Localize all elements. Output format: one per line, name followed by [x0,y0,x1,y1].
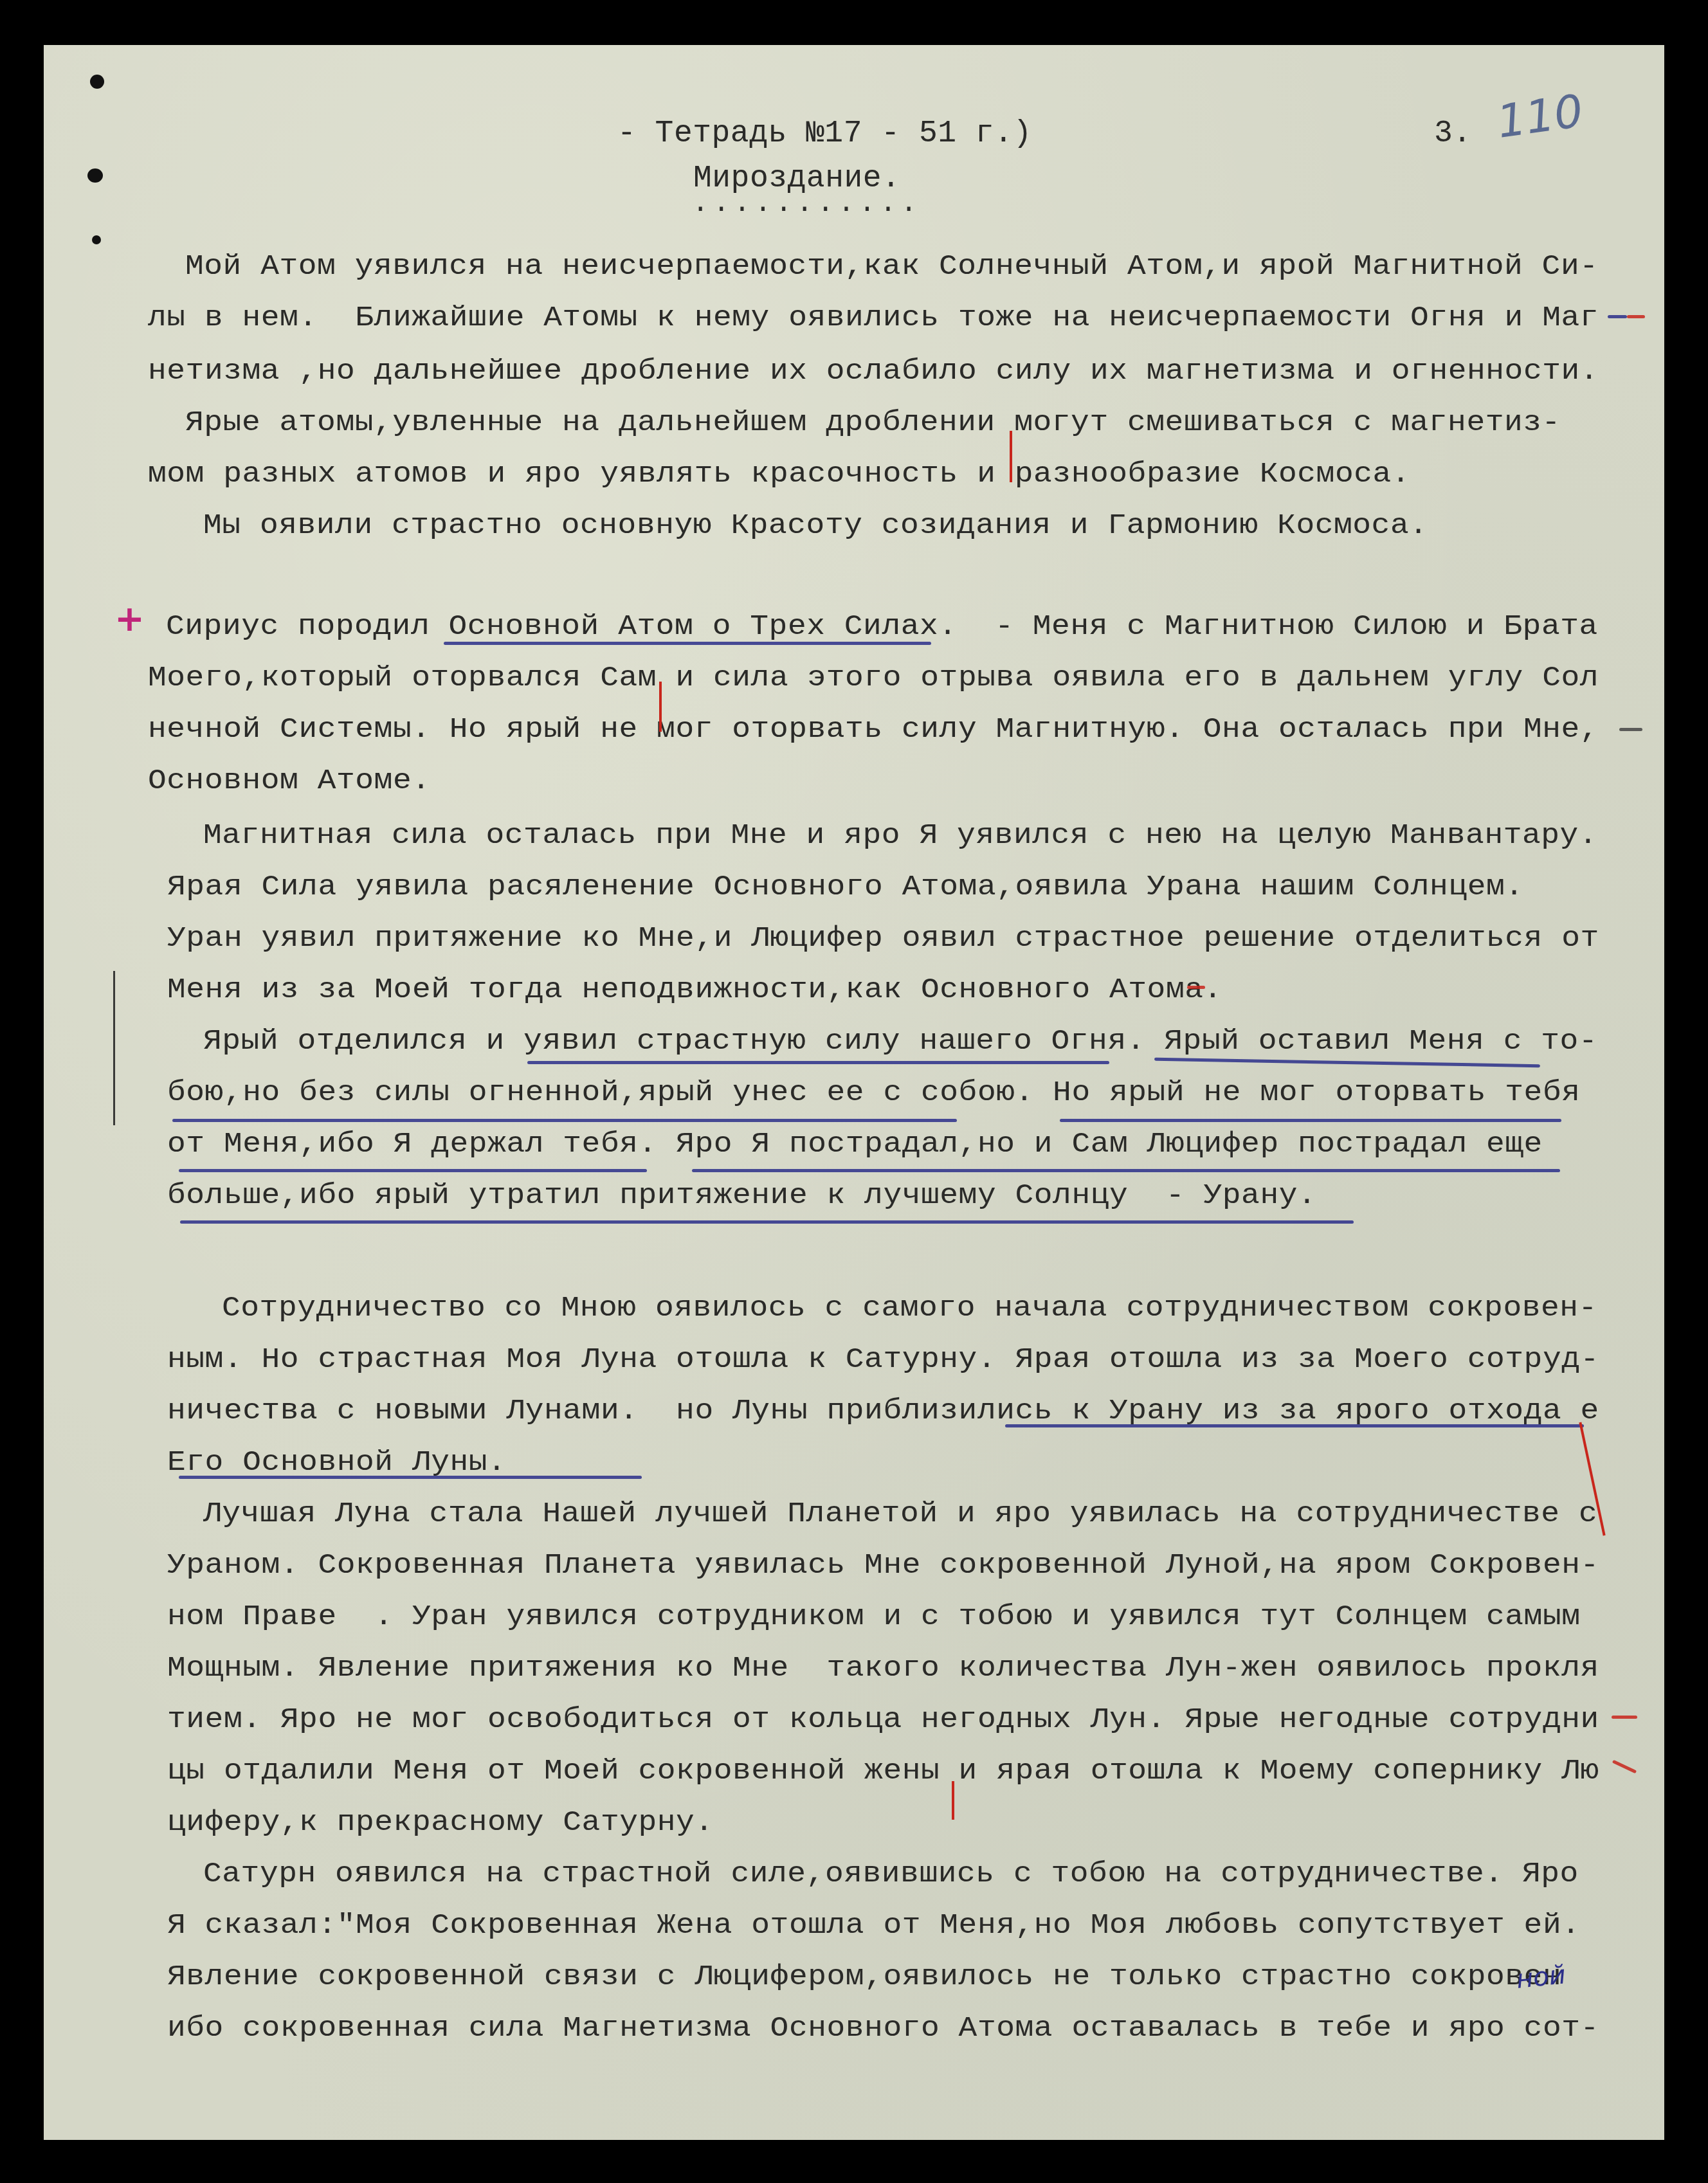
red-insert-mark [1010,431,1012,482]
folio-number: 110 [1494,84,1586,149]
red-insert-mark [952,1781,954,1820]
blue-margin-dash [1619,728,1642,731]
text-line: Мой Атом уявился на неисчерпаемости,как … [185,249,1599,285]
blue-underline [527,1061,1109,1064]
text-line: Основном Атоме. [148,763,431,799]
margin-line [113,971,115,1125]
text-line: нетизма ,но дальнейшее дробление их осла… [148,354,1599,390]
margin-plus-mark: + [114,598,145,640]
text-line: ным. Но страстная Моя Луна отошла к Сату… [167,1342,1599,1378]
text-line: Магнитная сила осталась при Мне и яро Я … [203,818,1597,854]
blue-underline [180,1220,1354,1224]
blue-underline [692,1169,1560,1172]
text-line: больше,ибо ярый утратил притяжение к луч… [167,1178,1316,1214]
punch-hole [87,168,103,183]
text-line: Ярые атомы,увленные на дальнейшем дробле… [185,405,1561,441]
text-line: Сотрудничество со Мною оявилось с самого… [222,1291,1597,1327]
text-line: Ярый отделился и уявил страстную силу на… [203,1024,1597,1060]
text-line: Мы оявили страстно основную Красоту сози… [203,508,1428,544]
red-insert-mark [659,682,662,732]
punch-hole [92,235,101,244]
text-line: Сириус породил Основной Атом о Трех Сила… [166,609,1598,645]
text-line: Меня из за Моей тогда неподвижности,как … [167,972,1222,1008]
text-line: Я сказал:"Моя Сокровенная Жена отошла от… [167,1908,1581,1944]
blue-underline [1005,1424,1584,1427]
text-line: мом разных атомов и яро уявлять красочно… [148,457,1410,493]
red-margin-mark [1612,1760,1637,1773]
blue-underline [172,1119,957,1122]
text-line: Сатурн оявился на страстной силе,оявивши… [203,1856,1579,1892]
text-line: Моего,который оторвался Сам и сила этого… [148,660,1599,696]
text-line: Явление сокровенной связи с Люцифером,оя… [167,1959,1561,1995]
document-header: - Тетрадь №17 - 51 г.) [617,116,1032,152]
handwritten-correction: ной [1515,1960,1567,1995]
text-line: Ураном. Сокровенная Планета уявилась Мне… [167,1548,1599,1584]
blue-underline [179,1169,647,1172]
text-line: от Меня,ибо Я держал тебя. Яро Я пострад… [167,1127,1543,1163]
red-margin-mark [1612,1716,1637,1719]
title-underline-dots: ........... [692,188,921,220]
text-line: лы в нем. Ближайшие Атомы к нему оявилис… [148,300,1599,336]
blue-underline [1060,1119,1561,1122]
text-line: бою,но без силы огненной,ярый унес ее с … [167,1075,1581,1111]
text-line: тием. Яро не мог освободиться от кольца … [167,1702,1599,1738]
text-line: Мощным. Явление притяжения ко Мне такого… [167,1651,1599,1687]
document-page: - Тетрадь №17 - 51 г.) 3. 110 Мироздание… [44,45,1664,2140]
page-number: 3. [1434,116,1472,152]
text-line: ибо сокровенная сила Магнетизма Основног… [167,2011,1599,2047]
red-margin-mark [1627,315,1645,318]
punch-hole [90,75,104,89]
blue-underline [179,1476,642,1479]
text-line: Лучшая Луна стала Нашей лучшей Планетой … [203,1496,1597,1532]
text-line: нечной Системы. Но ярый не мог оторвать … [148,712,1599,748]
blue-margin-dash [1608,315,1627,318]
text-line: Ярая Сила уявила расяленение Основного А… [167,869,1524,905]
red-margin-mark [1187,986,1205,989]
text-line: цы отдалили Меня от Моей сокровенной жен… [167,1753,1599,1789]
text-line: циферу,к прекрасному Сатурну. [167,1805,714,1841]
text-line: ном Праве . Уран уявился сотрудником и с… [167,1599,1581,1635]
text-line: Уран уявил притяжение ко Мне,и Люцифер о… [167,921,1599,957]
blue-underline [444,642,931,645]
